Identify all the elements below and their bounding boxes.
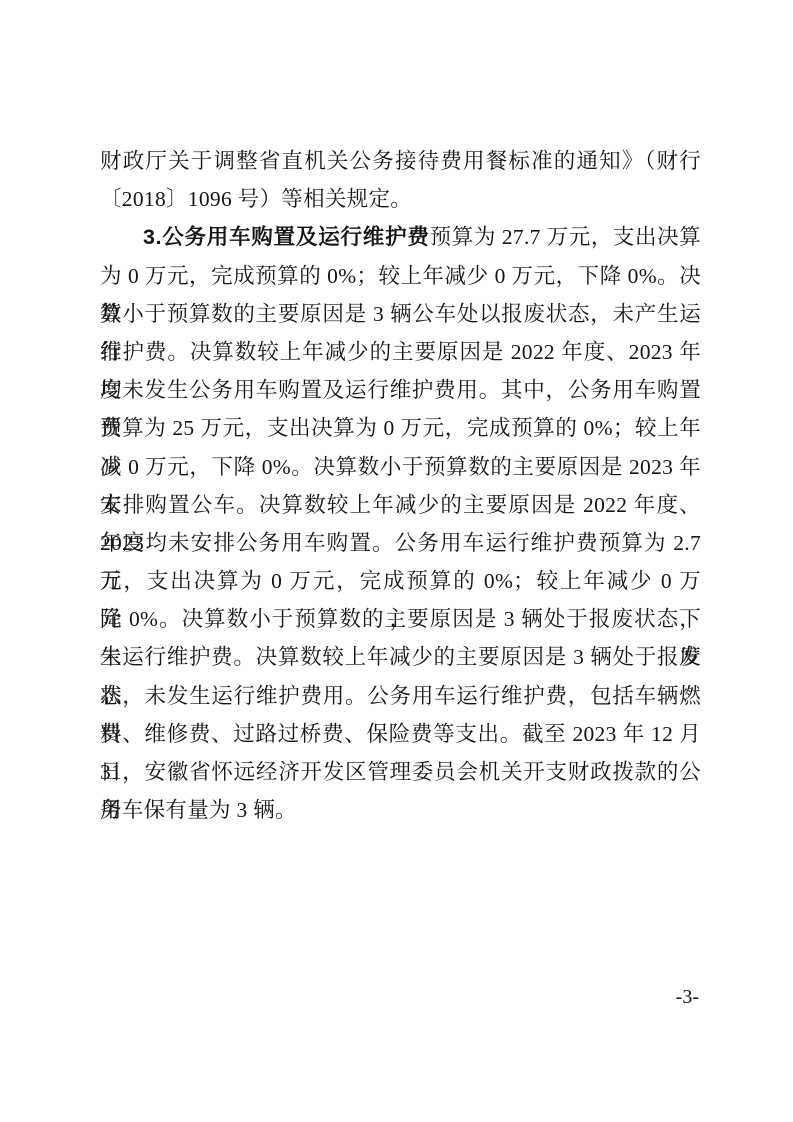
paragraph-2-line-15: 日，安徽省怀远经济开发区管理委员会机关开支财政拨款的公务 [100, 753, 701, 791]
page-number: -3- [676, 982, 699, 1012]
paragraph-2-line-1: 3.公务用车购置及运行维护费预算为 27.7 万元，支出决算 [100, 218, 701, 256]
paragraph-2-line-3: 数小于预算数的主要原因是 3 辆公车处以报废状态，未产生运行 [100, 295, 701, 333]
paragraph-2-line-1-rest: 预算为 27.7 万元，支出决算 [430, 225, 701, 249]
paragraph-2-line-10: 元，支出决算为 0 万元，完成预算的 0%；较上年减少 0 万元，下 [100, 562, 701, 600]
paragraph-2-line-5: 均未发生公务用车购置及运行维护费用。其中，公务用车购置费 [100, 371, 701, 409]
paragraph-1-line-2: 〔2018〕1096 号）等相关规定。 [100, 180, 701, 218]
paragraph-2-line-2: 为 0 万元，完成预算的 0%；较上年减少 0 万元，下降 0%。决算 [100, 257, 701, 295]
paragraph-2-line-4: 维护费。决算数较上年减少的主要原因是 2022 年度、2023 年度 [100, 333, 701, 371]
paragraph-2-line-9: 年度均未安排公务用车购置。公务用车运行维护费预算为 2.7 万 [100, 524, 701, 562]
paragraph-2-line-13: 态，未发生运行维护费用。公务用车运行维护费，包括车辆燃料 [100, 677, 701, 715]
section-3-heading: 3.公务用车购置及运行维护费 [143, 225, 430, 249]
paragraph-2-line-7: 少 0 万元，下降 0%。决算数小于预算数的主要原因是 2023 年未 [100, 448, 701, 486]
paragraph-2-line-6: 预算为 25 万元，支出决算为 0 万元，完成预算的 0%；较上年减 [100, 409, 701, 447]
paragraph-2-line-8: 安排购置公车。决算数较上年减少的主要原因是 2022 年度、2023 [100, 486, 701, 524]
paragraph-2-line-16: 用车保有量为 3 辆。 [100, 791, 701, 829]
paragraph-1-line-1: 财政厅关于调整省直机关公务接待费用餐标准的通知》（财行 [100, 142, 701, 180]
paragraph-2-line-11: 降 0%。决算数小于预算数的主要原因是 3 辆处于报废状态，未发 [100, 600, 701, 638]
paragraph-2-line-14: 费、维修费、过路过桥费、保险费等支出。截至 2023 年 12 月 31 [100, 715, 701, 753]
document-page: 财政厅关于调整省直机关公务接待费用餐标准的通知》（财行 〔2018〕1096 号… [0, 0, 793, 1122]
paragraph-2-line-12: 生运行维护费。决算数较上年减少的主要原因是 3 辆处于报废状 [100, 638, 701, 676]
document-body-text: 财政厅关于调整省直机关公务接待费用餐标准的通知》（财行 〔2018〕1096 号… [100, 142, 701, 829]
